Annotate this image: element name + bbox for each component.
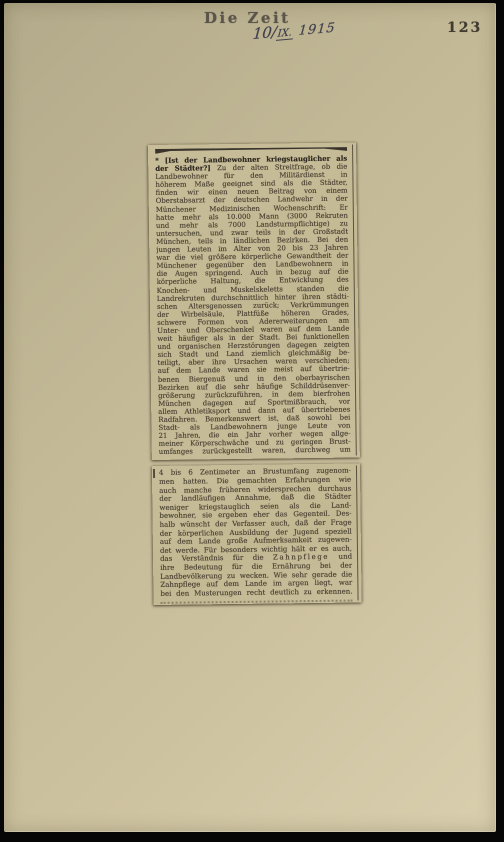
clipping-fragment-bottom: 4 bis 6 Zentimeter an Brustumfang zugeno… xyxy=(152,464,362,605)
handwritten-month: IX. xyxy=(276,27,294,41)
clipping-text-block: 4 bis 6 Zentimeter an Brustumfang zugeno… xyxy=(159,467,353,598)
left-rule-decoration xyxy=(153,469,155,478)
column-rule-decoration xyxy=(356,466,359,601)
clipping-text-line: umfanges zurückgestellt waren, durchweg … xyxy=(159,446,351,456)
document-page: Die Zeit 123 10/IX. 1915 * [Ist der Land… xyxy=(4,3,496,832)
column-rule-decoration xyxy=(352,144,357,455)
cut-off-text-edge xyxy=(161,597,353,604)
handwritten-day: 10/ xyxy=(252,23,278,43)
page-number: 123 xyxy=(447,20,482,36)
clipping-fragment-top: * [Ist der Landbewohner kriegstauglicher… xyxy=(148,142,360,460)
scanned-document: { "page": { "masthead": "Die Zeit", "pag… xyxy=(0,0,504,842)
tapered-rule-decoration xyxy=(155,147,347,154)
newspaper-clipping: * [Ist der Landbewohner kriegstauglicher… xyxy=(148,142,362,605)
handwritten-year: 1915 xyxy=(298,21,336,39)
clipping-text-block: * [Ist der Landbewohner kriegstauglicher… xyxy=(155,155,351,457)
